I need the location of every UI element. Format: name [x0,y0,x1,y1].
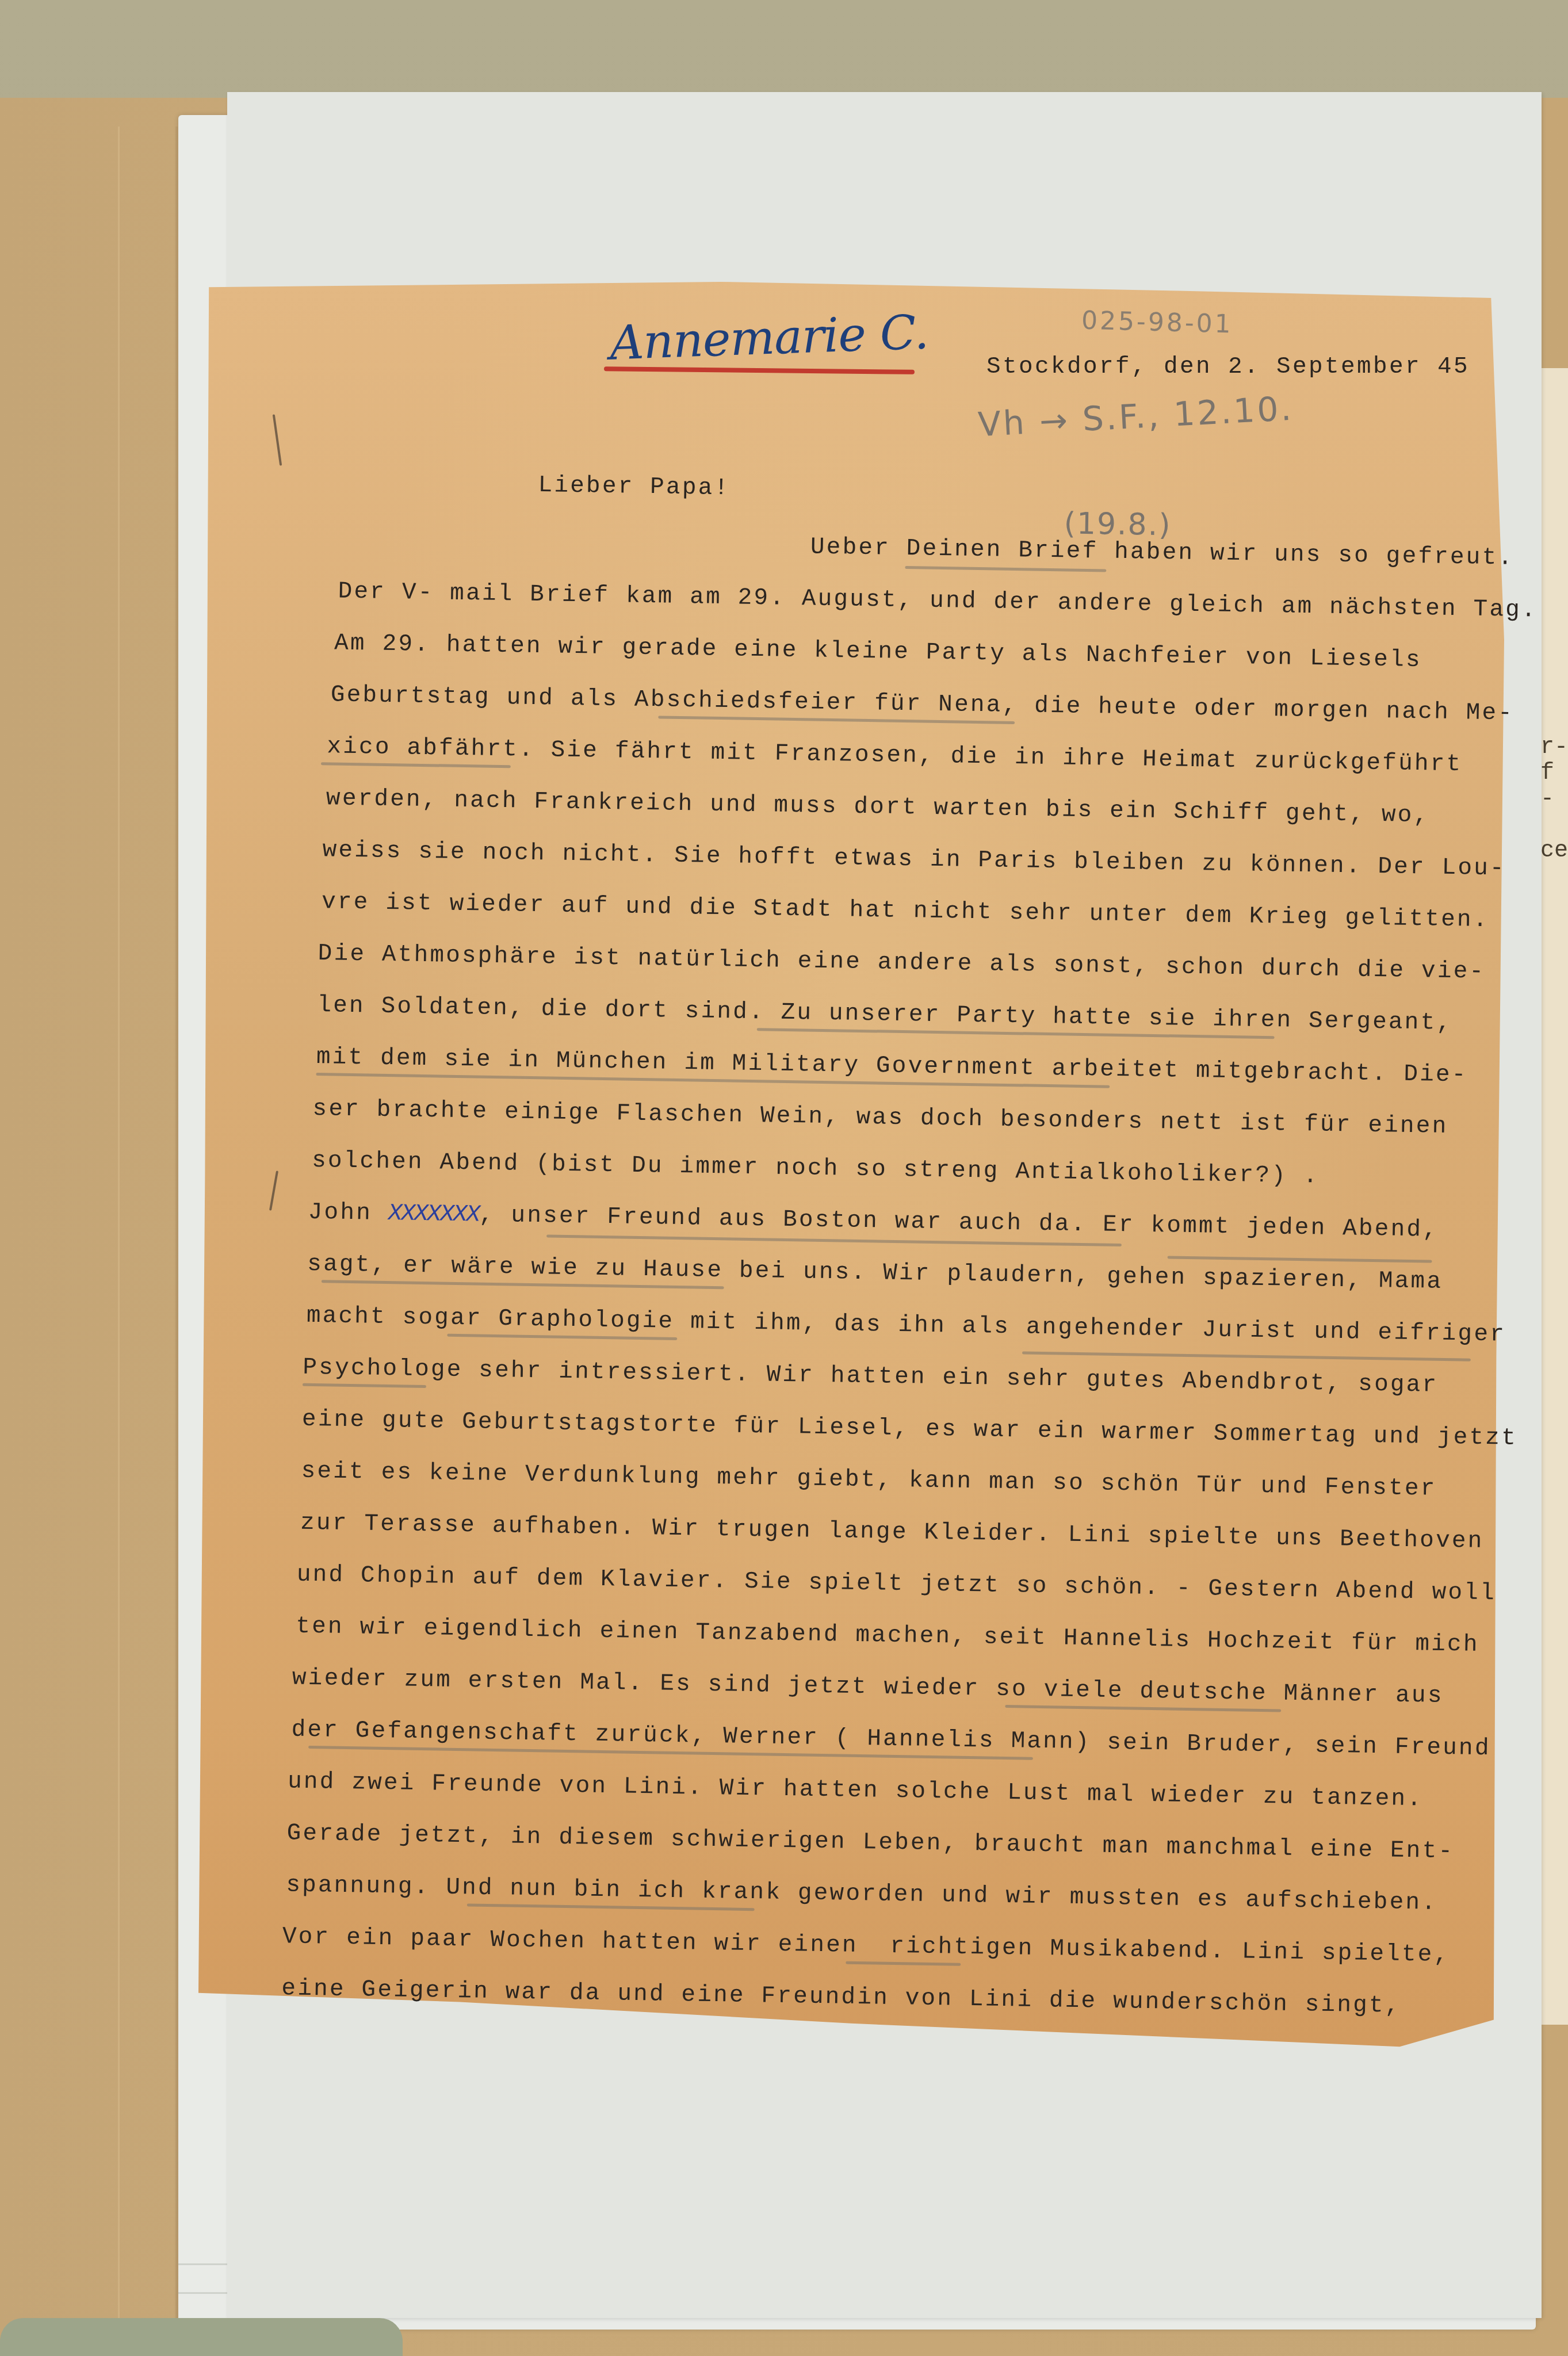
folder-crease [118,127,120,2356]
behind-page-fragment: f [1540,762,1554,785]
salutation: Lieber Papa! [538,472,730,502]
john-prefix: John [308,1199,388,1227]
handwritten-name: Annemarie C. [609,305,930,370]
behind-page-fragment: r- [1540,736,1568,759]
pencil-date: (19.8.) [1064,506,1172,542]
behind-page-fragment: - [1540,788,1554,811]
behind-page-fragment: ce [1540,840,1568,863]
archive-number: 025-98-01 [1081,306,1233,339]
table-edge [0,2318,403,2356]
redacted-surname: XXXXXXX [388,1200,479,1228]
place-date: Stockdorf, den 2. September 45 [986,354,1470,380]
folder-crease [175,127,178,2356]
